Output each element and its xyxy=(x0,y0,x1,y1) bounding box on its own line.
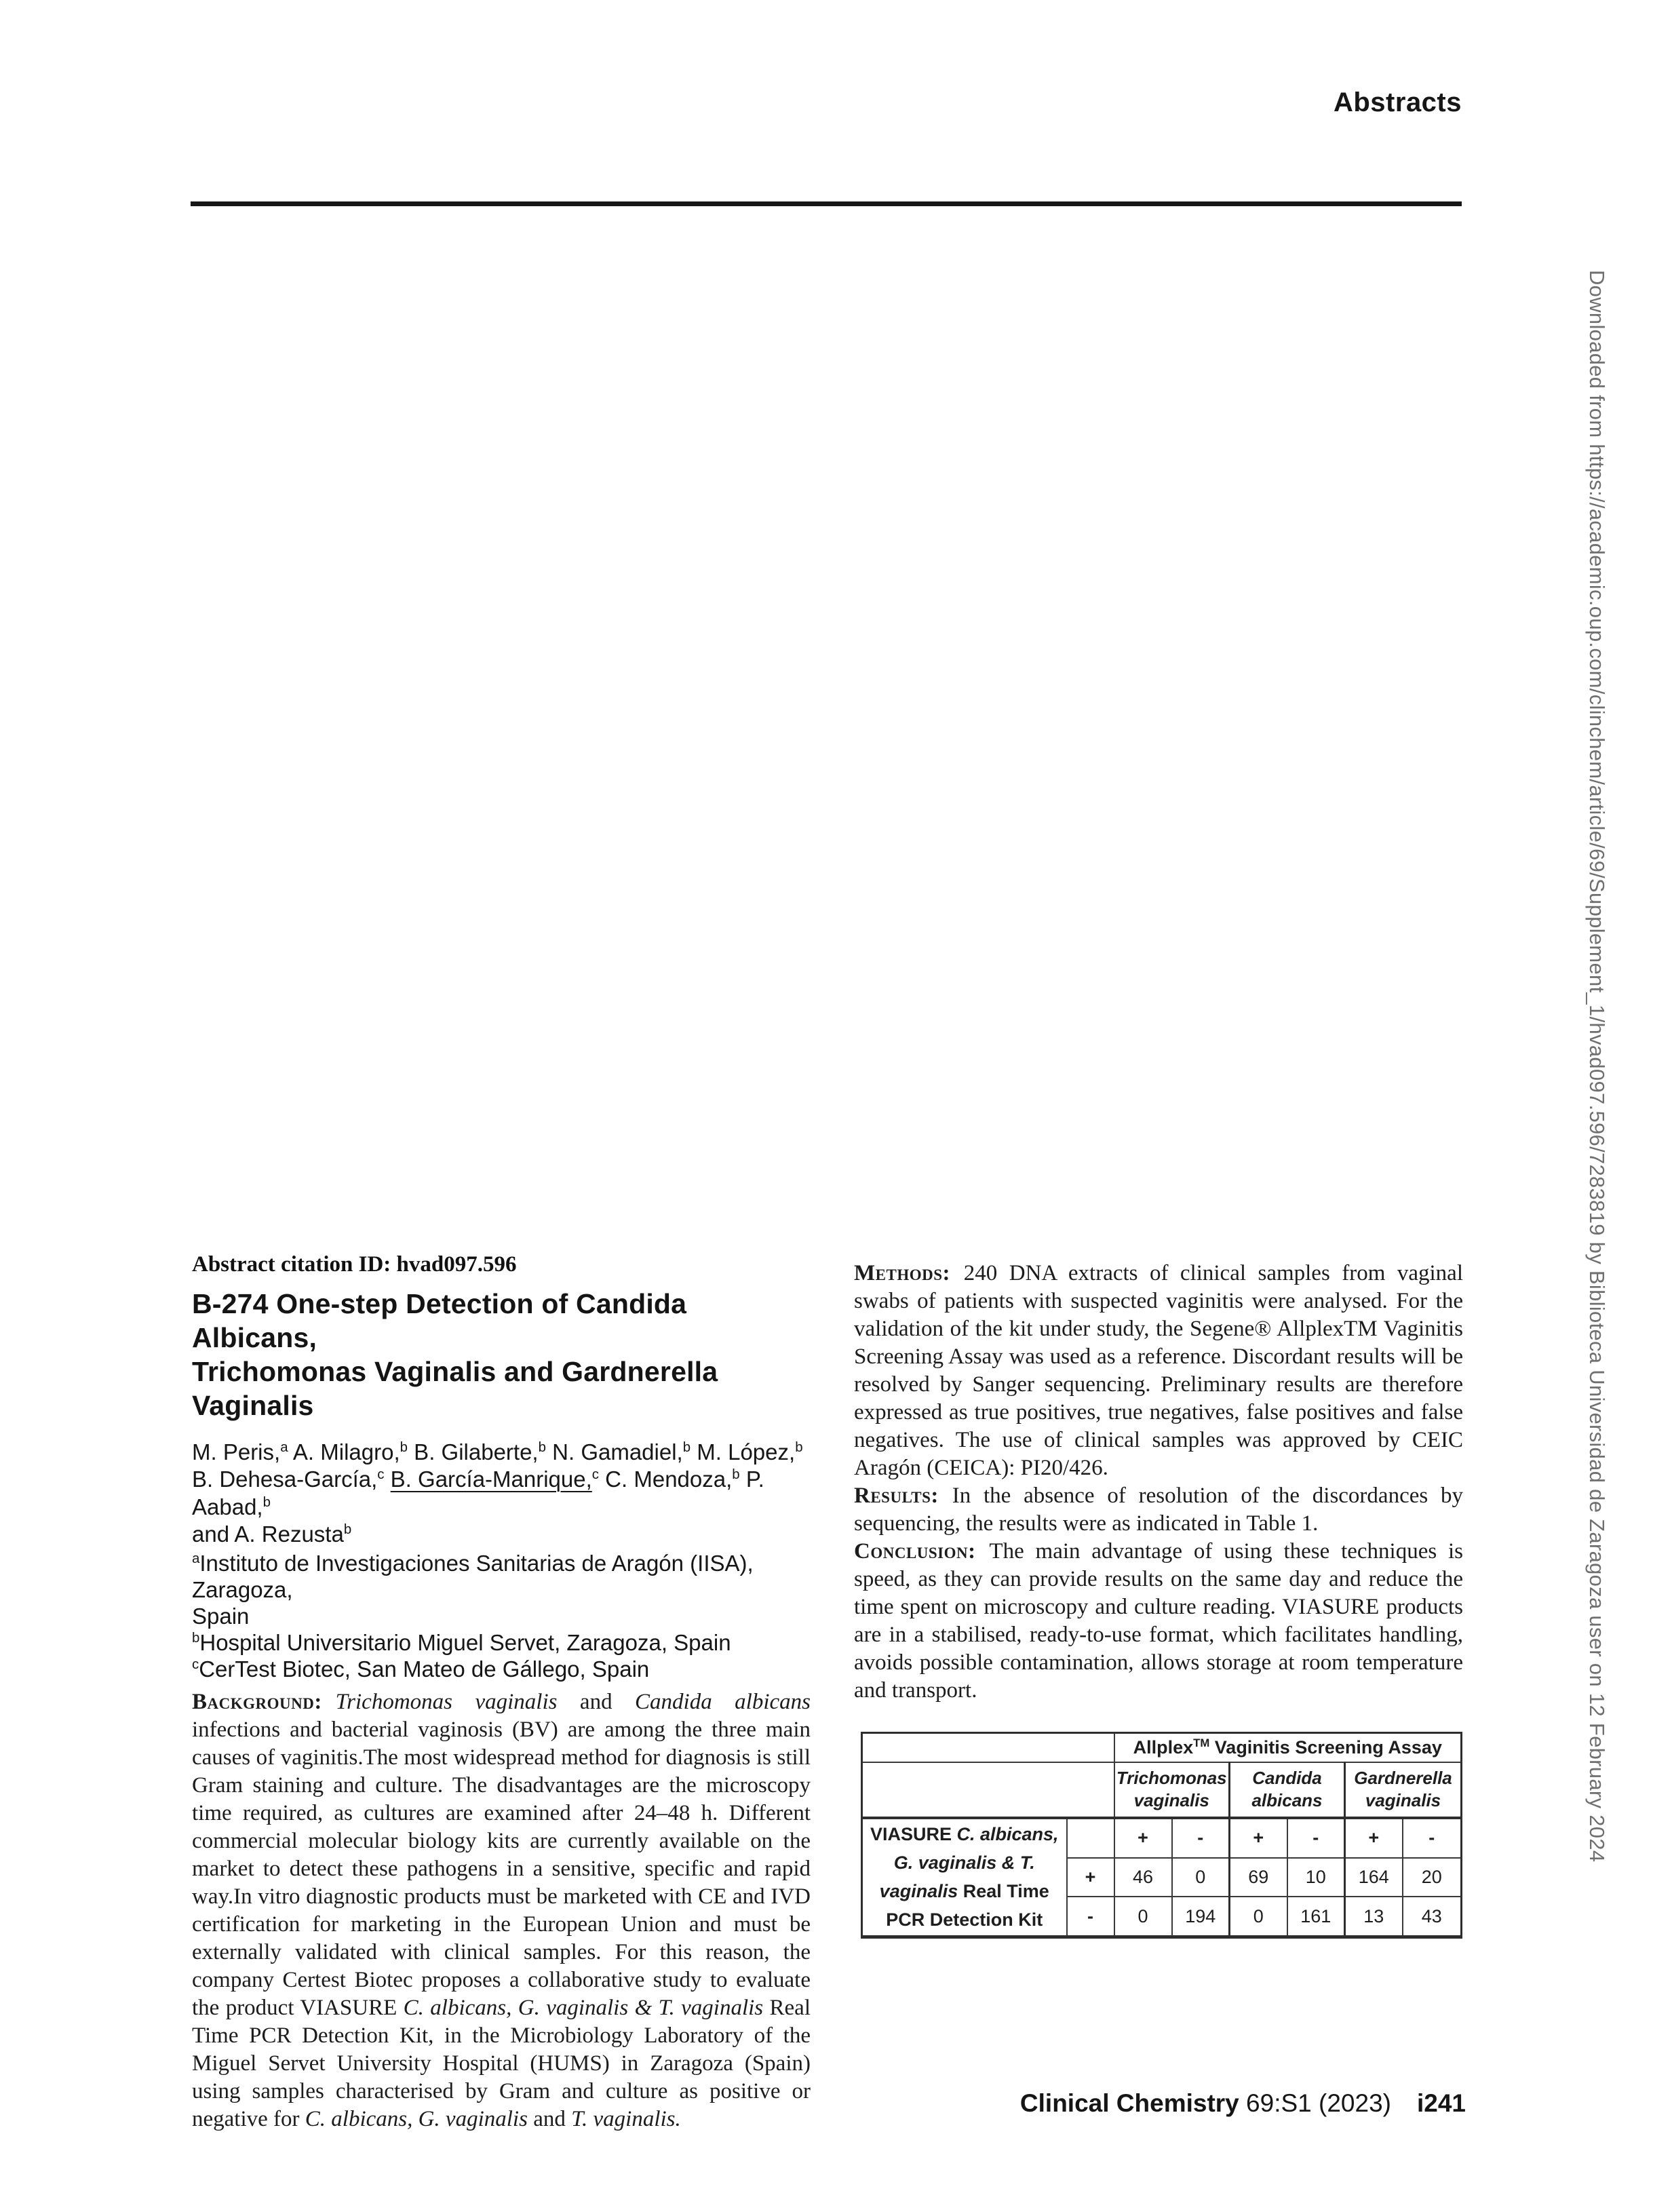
table-value-cell: 0 xyxy=(1114,1897,1172,1937)
table-value-cell: 20 xyxy=(1403,1858,1462,1897)
affiliation-c: cCerTest Biotec, San Mateo de Gállego, S… xyxy=(192,1656,811,1683)
table-organism-header-gardnerella: Gardnerella vaginalis xyxy=(1345,1762,1462,1818)
table-value-cell: 0 xyxy=(1172,1858,1230,1897)
table-row-sign: + xyxy=(1067,1858,1114,1897)
results-table: AllplexTM Vaginitis Screening Assay Tric… xyxy=(861,1732,1462,1939)
table-assay-header: AllplexTM Vaginitis Screening Assay xyxy=(1114,1733,1462,1763)
table-1-wrapper: AllplexTM Vaginitis Screening Assay Tric… xyxy=(861,1732,1463,1939)
table-sign-header: + xyxy=(1345,1818,1403,1858)
results-text: In the absence of resolution of the disc… xyxy=(854,1483,1463,1536)
table-sign-header: + xyxy=(1114,1818,1172,1858)
table-value-cell: 10 xyxy=(1287,1858,1345,1897)
page-footer: Clinical Chemistry 69:S1 (2023)i241 xyxy=(1020,2089,1466,2118)
table-value-cell: 43 xyxy=(1403,1897,1462,1937)
conclusion-label: Conclusion: xyxy=(854,1539,976,1564)
right-column: Methods:240 DNA extracts of clinical sam… xyxy=(854,1260,1463,1939)
affiliation-b: bHospital Universitario Miguel Servet, Z… xyxy=(192,1630,811,1656)
conclusion-section: Conclusion:The main advantage of using t… xyxy=(854,1538,1463,1705)
table-value-cell: 164 xyxy=(1345,1858,1403,1897)
table-value-cell: 0 xyxy=(1230,1897,1287,1937)
table-value-cell: 13 xyxy=(1345,1897,1403,1937)
table-row: Trichomonas vaginalis Candida albicans G… xyxy=(862,1762,1462,1818)
results-section: Results:In the absence of resolution of … xyxy=(854,1482,1463,1538)
table-value-cell: 194 xyxy=(1172,1897,1230,1937)
methods-label: Methods: xyxy=(854,1261,950,1285)
footer-page-number: i241 xyxy=(1417,2089,1466,2117)
journal-page: Abstracts Abstract citation ID: hvad097.… xyxy=(0,0,1653,2212)
footer-issue: 69:S1 (2023) xyxy=(1246,2089,1391,2117)
table-sign-header: + xyxy=(1230,1818,1287,1858)
results-label: Results: xyxy=(854,1483,939,1508)
background-section: Background:Trichomonas vaginalis and Can… xyxy=(192,1688,811,2133)
author-list: M. Peris,a A. Milagro,b B. Gilaberte,b N… xyxy=(192,1439,811,1548)
abstract-citation-id: Abstract citation ID: hvad097.596 xyxy=(192,1252,811,1277)
table-value-cell: 46 xyxy=(1114,1858,1172,1897)
page-section-title: Abstracts xyxy=(1334,88,1462,118)
table-organism-header-trichomonas: Trichomonas vaginalis xyxy=(1114,1762,1230,1818)
header-rule xyxy=(191,201,1462,206)
table-blank-cell xyxy=(862,1762,1114,1818)
conclusion-text: The main advantage of using these techni… xyxy=(854,1539,1463,1703)
footer-journal: Clinical Chemistry xyxy=(1020,2089,1239,2117)
table-sign-header: - xyxy=(1403,1818,1462,1858)
table-blank-sign-cell xyxy=(1067,1818,1114,1858)
background-text: Trichomonas vaginalis and Candida albica… xyxy=(192,1690,811,2131)
table-value-cell: 161 xyxy=(1287,1897,1345,1937)
table-value-cell: 69 xyxy=(1230,1858,1287,1897)
background-label: Background: xyxy=(192,1690,322,1714)
table-blank-cell xyxy=(862,1733,1114,1763)
table-row-sign: - xyxy=(1067,1897,1114,1937)
left-column: Abstract citation ID: hvad097.596 B-274 … xyxy=(192,1252,811,2133)
table-row: AllplexTM Vaginitis Screening Assay xyxy=(862,1733,1462,1763)
table-organism-header-candida: Candida albicans xyxy=(1230,1762,1345,1818)
article-title-line2: Trichomonas Vaginalis and Gardnerella Va… xyxy=(192,1356,718,1421)
table-sign-header: - xyxy=(1287,1818,1345,1858)
methods-text: 240 DNA extracts of clinical samples fro… xyxy=(854,1261,1463,1480)
table-row-label: VIASURE C. albicans, G. vaginalis & T. v… xyxy=(862,1818,1067,1937)
table-row: VIASURE C. albicans, G. vaginalis & T. v… xyxy=(862,1818,1462,1858)
download-watermark: Downloaded from https://academic.oup.com… xyxy=(1584,270,1609,1862)
article-title: B-274 One-step Detection of Candida Albi… xyxy=(192,1287,811,1422)
table-sign-header: - xyxy=(1172,1818,1230,1858)
article-title-line1: B-274 One-step Detection of Candida Albi… xyxy=(192,1288,686,1353)
affiliation-a: aInstituto de Investigaciones Sanitarias… xyxy=(192,1551,811,1630)
methods-section: Methods:240 DNA extracts of clinical sam… xyxy=(854,1260,1463,1482)
